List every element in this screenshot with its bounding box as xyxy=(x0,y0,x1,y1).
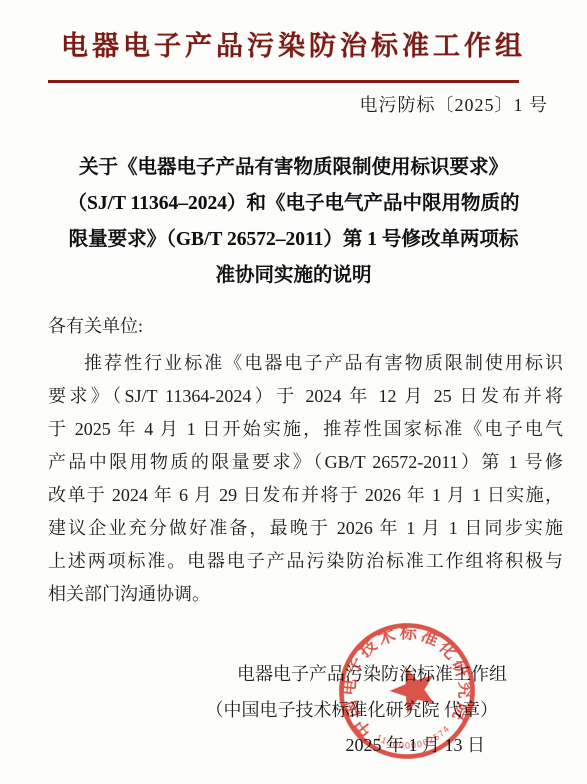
body-line: 推荐性行业标准《电器电子产品有害物质限制使用标识 xyxy=(48,347,563,380)
body-line: 上述两项标准。电器电子产品污染防治标准工作组将积极与 xyxy=(48,545,563,578)
doc-title-line: （SJ/T 11364–2024）和《电子电气产品中限用物质的 xyxy=(30,186,557,222)
doc-title-line: 限量要求》（GB/T 26572–2011）第 1 号修改单两项标 xyxy=(30,222,557,258)
doc-title-line: 关于《电器电子产品有害物质限制使用标识要求》 xyxy=(30,150,557,186)
signature-date: 2025 年 1 月 13 日 xyxy=(346,731,486,757)
doc-title-line: 准协同实施的说明 xyxy=(30,258,557,294)
body-line: 产品中限用物质的限量要求》（GB/T 26572-2011）第 1 号修 xyxy=(48,446,563,479)
letterhead-divider xyxy=(48,80,519,83)
body-line: 相关部门沟通协调。 xyxy=(48,578,563,611)
salutation: 各有关单位: xyxy=(48,312,143,338)
body-line: 建议企业充分做好准备，最晚于 2026 年 1 月 1 日同步实施 xyxy=(48,512,563,545)
body-paragraph: 推荐性行业标准《电器电子产品有害物质限制使用标识 要求》（SJ/T 11364-… xyxy=(48,347,563,611)
doc-title: 关于《电器电子产品有害物质限制使用标识要求》 （SJ/T 11364–2024）… xyxy=(30,150,557,294)
document-page: 电器电子产品污染防治标准工作组 电污防标〔2025〕1 号 关于《电器电子产品有… xyxy=(0,0,587,784)
body-line: 要求》（SJ/T 11364-2024）于 2024 年 12 月 25 日发布… xyxy=(48,380,563,413)
signature-org: 电器电子产品污染防治标准工作组 xyxy=(237,660,507,686)
doc-number: 电污防标〔2025〕1 号 xyxy=(360,91,549,117)
letterhead-org-title: 电器电子产品污染防治标准工作组 xyxy=(0,24,587,63)
body-line: 改单于 2024 年 6 月 29 日发布并将于 2026 年 1 月 1 日实… xyxy=(48,479,563,512)
signature-agency-note: （中国电子技术标准化研究院 代章） xyxy=(206,696,499,722)
body-line: 于 2025 年 4 月 1 日开始实施，推荐性国家标准《电子电气 xyxy=(48,413,563,446)
